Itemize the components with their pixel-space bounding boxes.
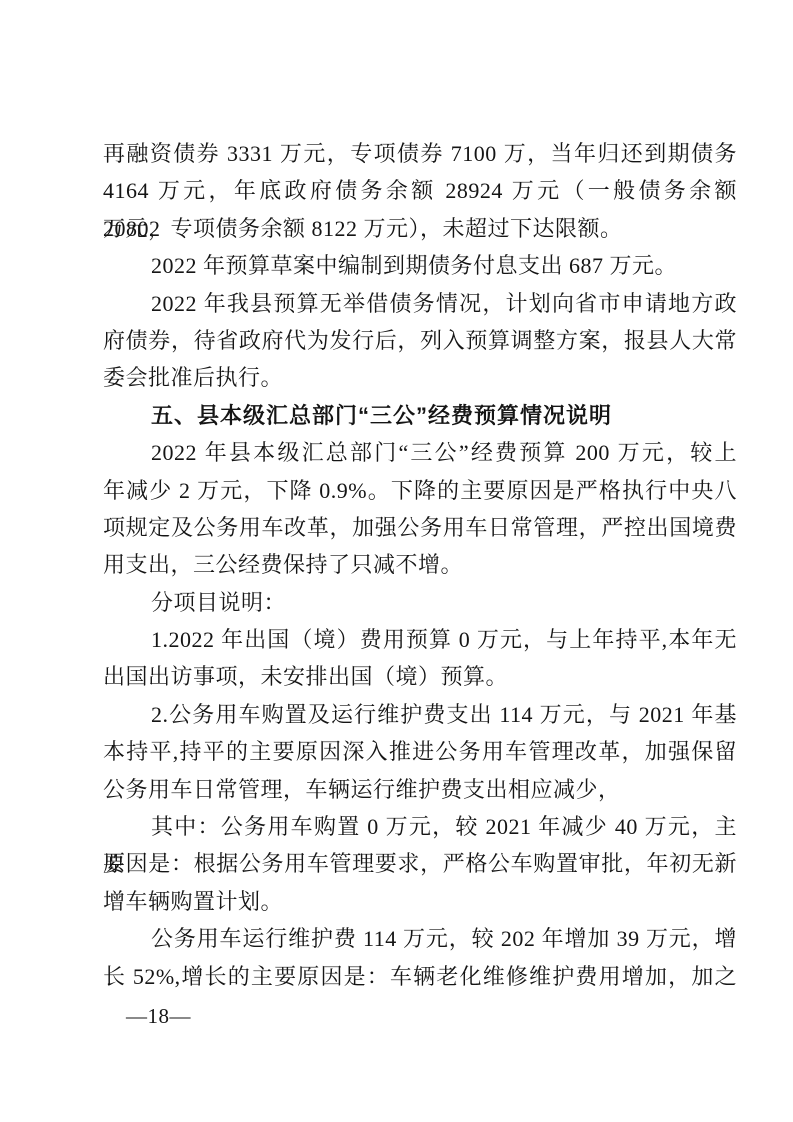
text-line: 项规定及公务用车改革，加强公务用车日常管理，严控出国境费 [103, 509, 737, 546]
document-page: 再融资债券 3331 万元，专项债券 7100 万，当年归还到期债务4164 万… [0, 0, 793, 1122]
text-line: 委会批准后执行。 [103, 359, 737, 396]
text-line: 再融资债券 3331 万元，专项债券 7100 万，当年归还到期债务 [103, 135, 737, 172]
text-line: 其中：公务用车购置 0 万元，较 2021 年减少 40 万元，主要 [103, 808, 737, 845]
text-line: 2022 年我县预算无举借债务情况，计划向省市申请地方政 [103, 285, 737, 322]
text-line: 4164 万元，年底政府债务余额 28924 万元（一般债务余额 20802 [103, 172, 737, 209]
text-line: 2022 年县本级汇总部门“三公”经费预算 200 万元，较上 [103, 434, 737, 471]
text-line: 1.2022 年出国（境）费用预算 0 万元，与上年持平,本年无 [103, 621, 737, 658]
text-line: 2022 年预算草案中编制到期债务付息支出 687 万元。 [103, 247, 737, 284]
text-line: 长 52%,增长的主要原因是：车辆老化维修维护费用增加，加之 [103, 958, 737, 995]
text-line: 分项目说明： [103, 584, 737, 621]
text-line: 增车辆购置计划。 [103, 883, 737, 920]
text-line: 年减少 2 万元，下降 0.9%。下降的主要原因是严格执行中央八 [103, 472, 737, 509]
document-text-block: 再融资债券 3331 万元，专项债券 7100 万，当年归还到期债务4164 万… [103, 135, 737, 995]
text-line: 万元，专项债务余额 8122 万元），未超过下达限额。 [103, 210, 737, 247]
text-line: 公务用车运行维护费 114 万元，较 202 年增加 39 万元，增 [103, 920, 737, 957]
text-line: 用支出，三公经费保持了只减不增。 [103, 546, 737, 583]
text-line: 府债券，待省政府代为发行后，列入预算调整方案，报县人大常 [103, 322, 737, 359]
text-line: 2.公务用车购置及运行维护费支出 114 万元，与 2021 年基 [103, 696, 737, 733]
text-line: 五、县本级汇总部门“三公”经费预算情况说明 [103, 397, 737, 434]
text-line: 公务用车日常管理，车辆运行维护费支出相应减少， [103, 771, 737, 808]
page-number: —18— [126, 1000, 191, 1032]
text-line: 出国出访事项，未安排出国（境）预算。 [103, 658, 737, 695]
text-line: 本持平,持平的主要原因深入推进公务用车管理改革，加强保留 [103, 733, 737, 770]
text-line: 原因是：根据公务用车管理要求，严格公车购置审批，年初无新 [103, 845, 737, 882]
